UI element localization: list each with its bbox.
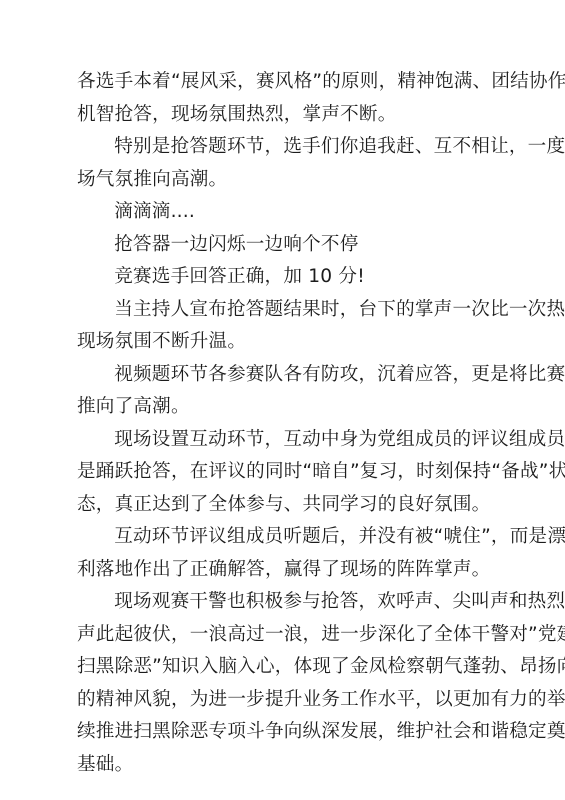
paragraph-audience-participation: 现场观赛干警也积极参与抢答，欢呼声、尖叫声和热烈的掌 声此起彼伏，一浪高过一浪，… (77, 586, 499, 781)
text-line: 机智抢答，现场氛围热烈，掌声不断。 (77, 99, 499, 132)
paragraph-opening: 各选手本着“展风采，赛风格”的原则，精神饱满、团结协作、 机智抢答，现场氛围热烈… (77, 66, 499, 131)
paragraph-quick-answer: 特别是抢答题环节，选手们你追我赶、互不相让，一度将现 场气氛推向高潮。 (77, 131, 499, 196)
text-line: 扫黑除恶”知识入脑入心，体现了金凤检察朝气蓬勃、昂扬向上 (77, 651, 499, 684)
text-line: 现场观赛干警也积极参与抢答，欢呼声、尖叫声和热烈的掌 (77, 586, 499, 619)
text-line: 场气氛推向高潮。 (77, 164, 499, 197)
document-page: 各选手本着“展风采，赛风格”的原则，精神饱满、团结协作、 机智抢答，现场氛围热烈… (0, 0, 565, 800)
text-line: 利落地作出了正确解答，赢得了现场的阵阵掌声。 (77, 554, 499, 587)
text-line: 声此起彼伏，一浪高过一浪，进一步深化了全体干警对”党建 + (77, 619, 499, 652)
text-line: 现场氛围不断升温。 (77, 326, 499, 359)
text-line: 续推进扫黑除恶专项斗争向纵深发展，维护社会和谐稳定奠定了 (77, 716, 499, 749)
paragraph-buzzer: 抢答器一边闪烁一边响个不停 (77, 229, 499, 262)
paragraph-correct-answer: 竞赛选手回答正确，加 10 分! (77, 261, 499, 294)
text-line: 互动环节评议组成员听题后，并没有被“唬住”，而是漂亮、 (77, 521, 499, 554)
paragraph-panel-answer: 互动环节评议组成员听题后，并没有被“唬住”，而是漂亮、 利落地作出了正确解答，赢… (77, 521, 499, 586)
text-line: 特别是抢答题环节，选手们你追我赶、互不相让，一度将现 (77, 131, 499, 164)
text-line: 抢答器一边闪烁一边响个不停 (77, 229, 499, 262)
paragraph-beep: 滴滴滴.... (77, 196, 499, 229)
text-line: 竞赛选手回答正确，加 10 分! (77, 261, 499, 294)
paragraph-host-announcement: 当主持人宣布抢答题结果时，台下的掌声一次比一次热烈， 现场氛围不断升温。 (77, 294, 499, 359)
text-line: 视频题环节各参赛队各有防攻，沉着应答，更是将比赛氛围 (77, 359, 499, 392)
paragraph-interactive-session: 现场设置互动环节，互动中身为党组成员的评议组成员们也 是踊跃抢答，在评议的同时“… (77, 424, 499, 522)
text-line: 的精神风貌，为进一步提升业务工作水平，以更加有力的举措持 (77, 684, 499, 717)
text-line: 滴滴滴.... (77, 196, 499, 229)
text-line: 是踊跃抢答，在评议的同时“暗自”复习，时刻保持“备战”状 (77, 456, 499, 489)
text-line: 态，真正达到了全体参与、共同学习的良好氛围。 (77, 489, 499, 522)
text-line: 各选手本着“展风采，赛风格”的原则，精神饱满、团结协作、 (77, 66, 499, 99)
text-line: 现场设置互动环节，互动中身为党组成员的评议组成员们也 (77, 424, 499, 457)
text-line: 当主持人宣布抢答题结果时，台下的掌声一次比一次热烈， (77, 294, 499, 327)
paragraph-video-round: 视频题环节各参赛队各有防攻，沉着应答，更是将比赛氛围 推向了高潮。 (77, 359, 499, 424)
text-line: 基础。 (77, 749, 499, 782)
document-body: 各选手本着“展风采，赛风格”的原则，精神饱满、团结协作、 机智抢答，现场氛围热烈… (77, 66, 499, 781)
text-line: 推向了高潮。 (77, 391, 499, 424)
